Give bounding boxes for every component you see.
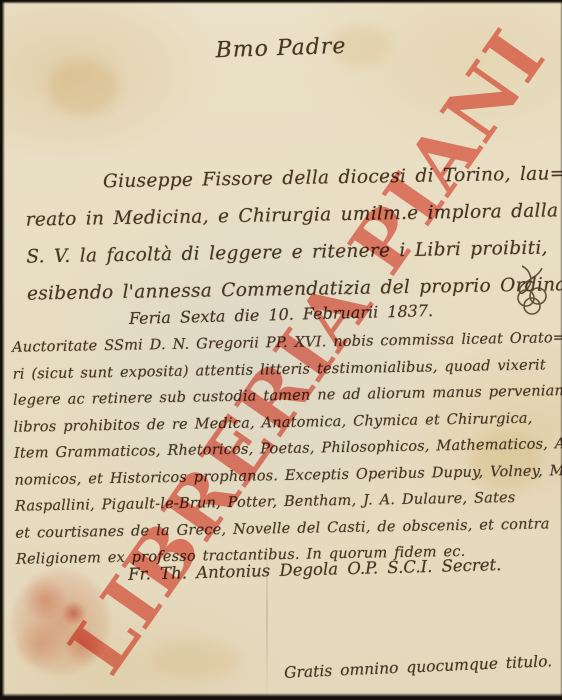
scan-edge-bottom [0,693,562,700]
scan-edge-top [0,0,562,4]
scanned-letter-page: Bmo Padre Giuseppe Fissore della diocesi… [0,0,562,700]
scan-edge-left [0,0,5,700]
paper-stain [150,640,240,680]
gratis-note: Gratis omnino quocumque titulo. [284,652,553,682]
